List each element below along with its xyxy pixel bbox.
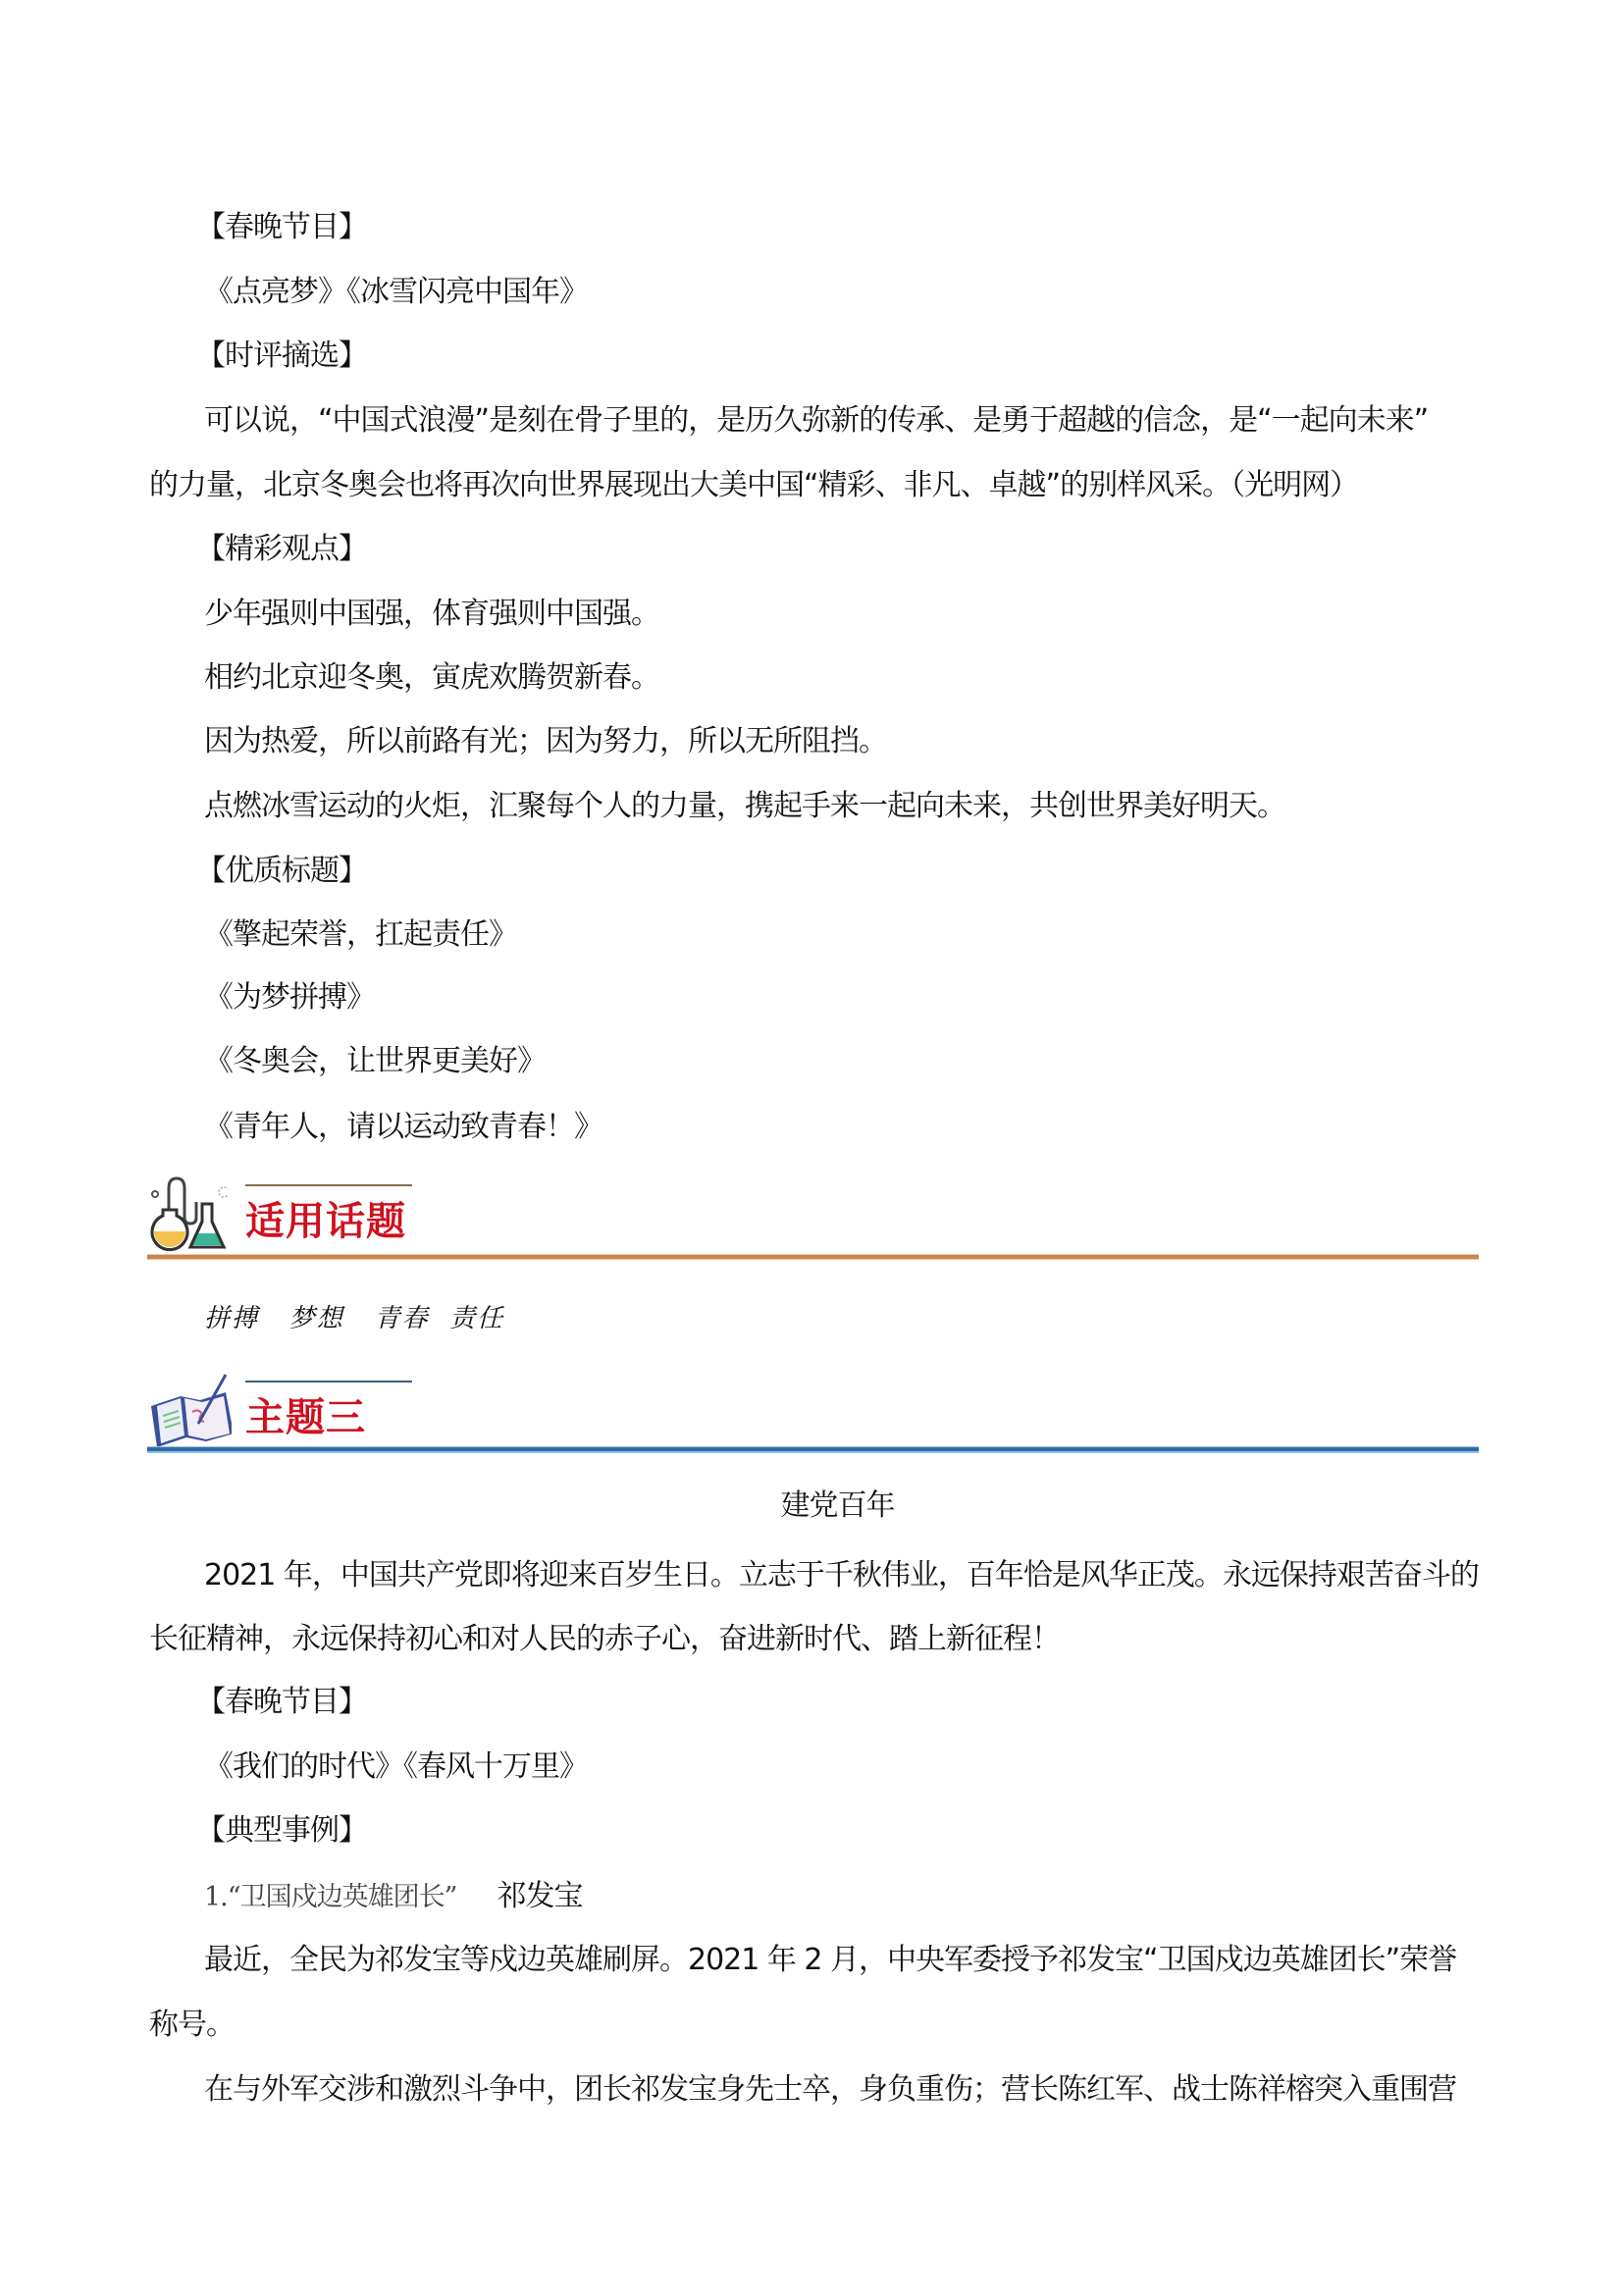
viewpoint-item: 点燃冰雪运动的火炬，汇聚每个人的力量，携起手来一起向未来，共创世界美好明天。 [204,787,1477,826]
theme-three-header: 主题三 [147,1369,1479,1467]
case-heading-person: 祁发宝 [497,1879,582,1913]
commentary-paragraph-line1: 可以说，“中国式浪漫”是刻在骨子里的，是历久弥新的传承、是勇于超越的信念，是“一… [204,401,1477,441]
viewpoint-item: 相约北京迎冬奥，寅虎欢腾贺新春。 [204,658,1477,698]
theme-three-title: 主题三 [245,1396,366,1439]
header-top-rule [245,1381,412,1383]
header-bottom-rule-orange [147,1255,1479,1259]
section-label-commentary: 【时评摘选】 [196,337,1524,376]
viewpoint-item: 少年强则中国强，体育强则中国强。 [204,595,1477,634]
intro-paragraph-line1: 2021 年，中国共产党即将迎来百岁生日。立志于千秋伟业，百年恰是风华正茂。永远… [204,1556,1477,1595]
title-item: 《擎起荣誉，扛起责任》 [204,915,1477,955]
case-paragraph-line2: 称号。 [149,2006,1477,2045]
section-label-viewpoints: 【精彩观点】 [196,530,1524,569]
section-label-gala: 【春晚节目】 [196,208,1524,247]
intro-paragraph-line2: 长征精神，永远保持初心和对人民的赤子心，奋进新时代、踏上新征程！ [149,1620,1477,1659]
applicable-topics-header: 适用话题 [147,1173,1479,1271]
viewpoint-item: 因为热爱，所以前路有光；因为努力，所以无所阻挡。 [204,722,1477,761]
section-label-gala: 【春晚节目】 [196,1683,1524,1722]
section-label-cases: 【典型事例】 [196,1811,1524,1851]
applicable-topics-title: 适用话题 [245,1200,406,1243]
section-label-titles: 【优质标题】 [196,852,1524,891]
gala-programs: 《点亮梦》《冰雪闪亮中国年》 [204,273,1477,312]
header-bottom-rule-blue [147,1447,1479,1451]
case-heading-title: 1.“卫国戍边英雄团长” [204,1882,456,1912]
case-paragraph-line3: 在与外军交涉和激烈斗争中，团长祁发宝身先士卒，身负重伤；营长陈红军、战士陈祥榕突… [204,2070,1477,2110]
theme-title: 建党百年 [149,1487,1477,1526]
title-item: 《青年人，请以运动致青春！》 [204,1108,1477,1147]
open-book-pen-icon [147,1373,232,1455]
case-heading: 1.“卫国戍边英雄团长” 祁发宝 [204,1877,1477,1917]
title-item: 《冬奥会，让世界更美好》 [204,1042,1477,1081]
header-top-rule [245,1184,412,1186]
chemistry-flask-icon [147,1174,228,1257]
topic-keywords: 拼搏 梦想 青春 责任 [204,1302,504,1335]
case-paragraph-line1: 最近，全民为祁发宝等戍边英雄刷屏。2021 年 2 月，中央军委授予祁发宝“卫国… [204,1941,1477,1980]
gala-programs: 《我们的时代》《春风十万里》 [204,1748,1477,1787]
commentary-paragraph-line2: 的力量，北京冬奥会也将再次向世界展现出大美中国“精彩、非凡、卓越”的别样风采。（… [149,466,1477,505]
title-item: 《为梦拼搏》 [204,978,1477,1018]
